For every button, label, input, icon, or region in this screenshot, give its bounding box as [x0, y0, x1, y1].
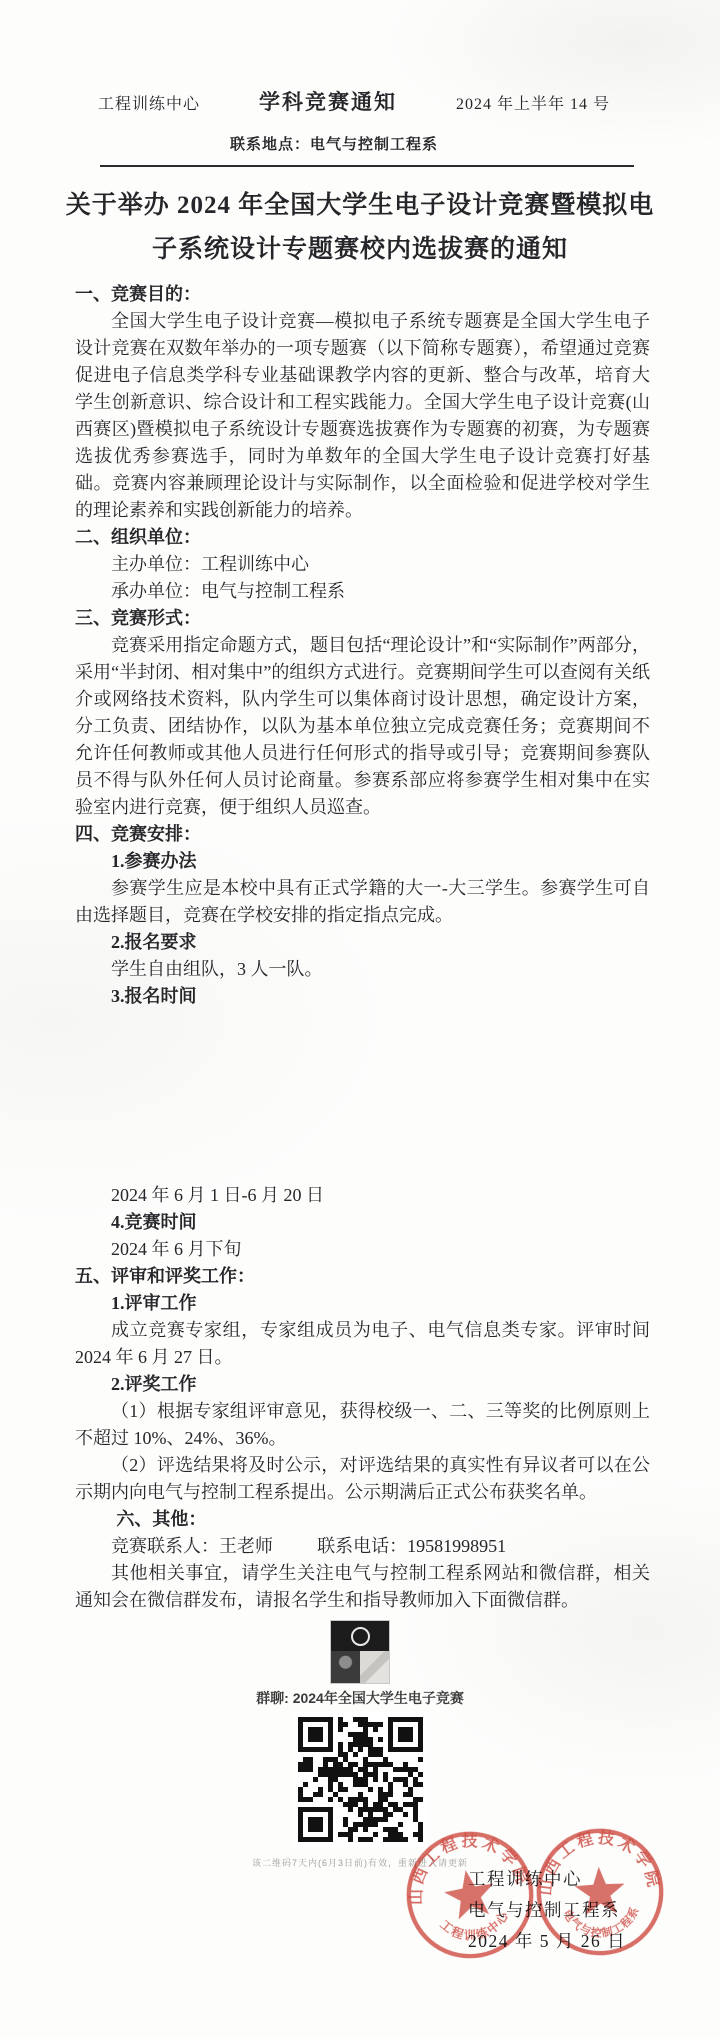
section-6-paragraph: 其他相关事宜，请学生关注电气与控制工程系网站和微信群，相关通知会在微信群发布，请… — [75, 1560, 650, 1614]
document-title-line1: 关于举办 2024 年全国大学生电子设计竞赛暨模拟电 — [30, 184, 690, 228]
contact-person: 竞赛联系人：王老师 — [111, 1536, 273, 1556]
section-6-contact-line: 竞赛联系人：王老师 联系电话：19581998951 — [75, 1533, 650, 1560]
section-3-paragraph: 竞赛采用指定命题方式，题目包括“理论设计”和“实际制作”两部分，采用“半封闭、相… — [75, 632, 650, 821]
section-2-host: 主办单位：工程训练中心 — [75, 551, 650, 578]
avatar-cell-top — [331, 1621, 389, 1651]
svg-text:电气与控制工程系: 电气与控制工程系 — [560, 1903, 644, 1942]
svg-text:工程训练中心: 工程训练中心 — [436, 1905, 516, 1949]
official-stamp-training-center: 山西工程技术学院 工程训练中心 — [391, 1816, 549, 1974]
official-stamp-electrical-dept: 山西工程技术学院 电气与控制工程系 — [529, 1821, 672, 1964]
avatar-cell-bottom-right — [360, 1651, 389, 1683]
document-title: 关于举办 2024 年全国大学生电子设计竞赛暨模拟电 子系统设计专题赛校内选拔赛… — [30, 184, 690, 272]
stamp-star-icon — [441, 1866, 498, 1921]
document-header: 工程训练中心 学科竞赛通知 2024 年上半年 14 号 — [98, 0, 610, 116]
header-divider — [100, 165, 634, 167]
page-break-gap — [75, 1010, 650, 1182]
section-4-item1-title: 1.参赛办法 — [75, 848, 650, 875]
section-1-paragraph: 全国大学生电子设计竞赛—模拟电子系统专题赛是全国大学生电子设计竞赛在双数年举办的… — [75, 308, 650, 524]
document-body: 一、竞赛目的： 全国大学生电子设计竞赛—模拟电子系统专题赛是全国大学生电子设计竞… — [75, 281, 650, 1614]
document-page: 工程训练中心 学科竞赛通知 2024 年上半年 14 号 联系地点：电气与控制工… — [0, 0, 720, 2038]
avatar-cell-bottom-left — [331, 1651, 360, 1683]
header-department: 工程训练中心 — [98, 91, 200, 114]
section-5-item2-text-2: （2）评选结果将及时公示，对评选结果的真实性有异议者可以在公示期内向电气与控制工… — [75, 1452, 650, 1506]
section-4-item1-text: 参赛学生应是本校中具有正式学籍的大一-大三学生。参赛学生可自由选择题目，竞赛在学… — [75, 875, 650, 929]
wechat-group-avatar-image — [330, 1620, 390, 1684]
section-4-item4-text: 2024 年 6 月下旬 — [75, 1236, 650, 1263]
section-4-item3-text: 2024 年 6 月 1 日-6 月 20 日 — [75, 1182, 650, 1209]
header-doc-type: 学科竞赛通知 — [259, 86, 397, 116]
header-issue-number: 2024 年上半年 14 号 — [456, 91, 610, 114]
section-1-heading: 一、竞赛目的： — [75, 281, 650, 308]
header-contact-line: 联系地点：电气与控制工程系 — [0, 133, 694, 154]
section-5-item2-text-1: （1）根据专家组评审意见，获得校级一、二、三等奖的比例原则上不超过 10%、24… — [75, 1398, 650, 1452]
wechat-group-caption: 群聊: 2024年全国大学生电子竞赛 — [248, 1689, 472, 1708]
document-title-line2: 子系统设计专题赛校内选拔赛的通知 — [30, 228, 690, 272]
section-5-item1-title: 1.评审工作 — [75, 1290, 650, 1317]
stamp-bottom-text: 电气与控制工程系 — [560, 1903, 644, 1942]
section-6-heading: 六、其他： — [75, 1506, 650, 1533]
section-4-item2-text: 学生自由组队，3 人一队。 — [75, 956, 650, 983]
section-5-item1-text: 成立竞赛专家组，专家组成员为电子、电气信息类专家。评审时间 2024 年 6 月… — [75, 1317, 650, 1371]
stamp-bottom-text: 工程训练中心 — [436, 1905, 516, 1949]
section-4-item2-title: 2.报名要求 — [75, 929, 650, 956]
section-4-item4-title: 4.竞赛时间 — [75, 1209, 650, 1236]
section-5-heading: 五、评审和评奖工作： — [75, 1263, 650, 1290]
qr-code — [293, 1712, 428, 1847]
contact-phone: 联系电话：19581998951 — [317, 1536, 506, 1556]
section-3-heading: 三、竞赛形式： — [75, 605, 650, 632]
section-4-item3-title: 3.报名时间 — [75, 983, 650, 1010]
section-4-heading: 四、竞赛安排： — [75, 821, 650, 848]
stamp-star-icon — [574, 1865, 626, 1915]
section-2-organizer: 承办单位：电气与控制工程系 — [75, 578, 650, 605]
section-2-heading: 二、组织单位： — [75, 524, 650, 551]
section-5-item2-title: 2.评奖工作 — [75, 1371, 650, 1398]
